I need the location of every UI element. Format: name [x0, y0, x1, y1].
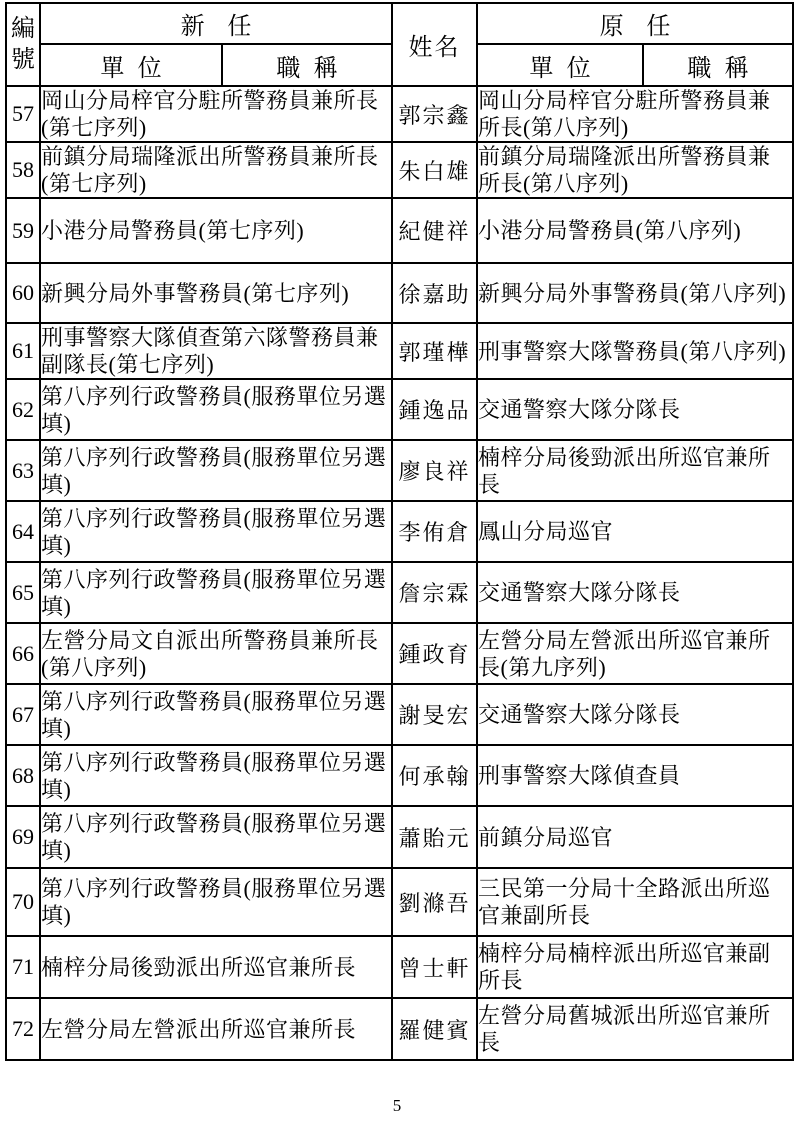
person-name: 郭瑾樺 — [392, 323, 477, 379]
table-header: 編號 新任 姓名 原任 單位 職稱 單位 職稱 — [6, 3, 793, 86]
row-number: 70 — [6, 868, 40, 936]
original-assignment: 左營分局舊城派出所巡官兼所長 — [477, 998, 793, 1060]
new-assignment: 楠梓分局後勁派出所巡官兼所長 — [40, 936, 392, 998]
original-assignment: 岡山分局梓官分駐所警務員兼所長(第八序列) — [477, 86, 793, 142]
row-number: 65 — [6, 562, 40, 623]
original-assignment: 交通警察大隊分隊長 — [477, 562, 793, 623]
row-number: 61 — [6, 323, 40, 379]
header-new-unit: 單位 — [40, 44, 222, 86]
row-number: 72 — [6, 998, 40, 1060]
table-row: 63 第八序列行政警務員(服務單位另選填) 廖良祥 楠梓分局後勁派出所巡官兼所長 — [6, 440, 793, 501]
original-assignment: 楠梓分局楠梓派出所巡官兼副所長 — [477, 936, 793, 998]
new-assignment: 第八序列行政警務員(服務單位另選填) — [40, 868, 392, 936]
row-number: 67 — [6, 684, 40, 745]
original-assignment: 刑事警察大隊偵查員 — [477, 745, 793, 806]
original-assignment: 小港分局警務員(第八序列) — [477, 198, 793, 263]
new-assignment: 第八序列行政警務員(服務單位另選填) — [40, 501, 392, 562]
header-new-title: 職稱 — [222, 44, 392, 86]
person-name: 李侑倉 — [392, 501, 477, 562]
person-name: 何承翰 — [392, 745, 477, 806]
table-row: 57 岡山分局梓官分駐所警務員兼所長(第七序列) 郭宗鑫 岡山分局梓官分駐所警務… — [6, 86, 793, 142]
new-assignment: 岡山分局梓官分駐所警務員兼所長(第七序列) — [40, 86, 392, 142]
table-row: 66 左營分局文自派出所警務員兼所長(第八序列) 鍾政育 左營分局左營派出所巡官… — [6, 623, 793, 684]
new-assignment: 第八序列行政警務員(服務單位另選填) — [40, 562, 392, 623]
original-assignment: 三民第一分局十全路派出所巡官兼副所長 — [477, 868, 793, 936]
original-assignment: 新興分局外事警務員(第八序列) — [477, 263, 793, 323]
row-number: 63 — [6, 440, 40, 501]
personnel-table: 編號 新任 姓名 原任 單位 職稱 單位 職稱 57 岡山分局梓官分駐所警務員兼… — [5, 2, 794, 1061]
table-row: 60 新興分局外事警務員(第七序列) 徐嘉助 新興分局外事警務員(第八序列) — [6, 263, 793, 323]
row-number: 71 — [6, 936, 40, 998]
new-assignment: 第八序列行政警務員(服務單位另選填) — [40, 806, 392, 868]
person-name: 蕭貽元 — [392, 806, 477, 868]
table-row: 64 第八序列行政警務員(服務單位另選填) 李侑倉 鳳山分局巡官 — [6, 501, 793, 562]
table-row: 70 第八序列行政警務員(服務單位另選填) 劉滌吾 三民第一分局十全路派出所巡官… — [6, 868, 793, 936]
original-assignment: 交通警察大隊分隊長 — [477, 684, 793, 745]
row-number: 66 — [6, 623, 40, 684]
header-name: 姓名 — [392, 3, 477, 86]
person-name: 鍾逸品 — [392, 379, 477, 440]
row-number: 62 — [6, 379, 40, 440]
original-assignment: 刑事警察大隊警務員(第八序列) — [477, 323, 793, 379]
table-row: 59 小港分局警務員(第七序列) 紀健祥 小港分局警務員(第八序列) — [6, 198, 793, 263]
new-assignment: 第八序列行政警務員(服務單位另選填) — [40, 379, 392, 440]
table-row: 69 第八序列行政警務員(服務單位另選填) 蕭貽元 前鎮分局巡官 — [6, 806, 793, 868]
original-assignment: 左營分局左營派出所巡官兼所長(第九序列) — [477, 623, 793, 684]
header-number: 編號 — [6, 3, 40, 86]
new-assignment: 小港分局警務員(第七序列) — [40, 198, 392, 263]
row-number: 60 — [6, 263, 40, 323]
table-row: 61 刑事警察大隊偵查第六隊警務員兼副隊長(第七序列) 郭瑾樺 刑事警察大隊警務… — [6, 323, 793, 379]
new-assignment: 刑事警察大隊偵查第六隊警務員兼副隊長(第七序列) — [40, 323, 392, 379]
person-name: 羅健賓 — [392, 998, 477, 1060]
original-assignment: 交通警察大隊分隊長 — [477, 379, 793, 440]
header-original-appointment: 原任 — [477, 3, 793, 44]
person-name: 詹宗霖 — [392, 562, 477, 623]
person-name: 廖良祥 — [392, 440, 477, 501]
person-name: 鍾政育 — [392, 623, 477, 684]
person-name: 朱白雄 — [392, 142, 477, 198]
person-name: 紀健祥 — [392, 198, 477, 263]
original-assignment: 前鎮分局瑞隆派出所警務員兼所長(第八序列) — [477, 142, 793, 198]
table-row: 67 第八序列行政警務員(服務單位另選填) 謝旻宏 交通警察大隊分隊長 — [6, 684, 793, 745]
new-assignment: 新興分局外事警務員(第七序列) — [40, 263, 392, 323]
new-assignment: 左營分局左營派出所巡官兼所長 — [40, 998, 392, 1060]
header-original-unit: 單位 — [477, 44, 643, 86]
table-row: 68 第八序列行政警務員(服務單位另選填) 何承翰 刑事警察大隊偵查員 — [6, 745, 793, 806]
new-assignment: 左營分局文自派出所警務員兼所長(第八序列) — [40, 623, 392, 684]
table-body: 57 岡山分局梓官分駐所警務員兼所長(第七序列) 郭宗鑫 岡山分局梓官分駐所警務… — [6, 86, 793, 1060]
new-assignment: 第八序列行政警務員(服務單位另選填) — [40, 440, 392, 501]
table-row: 62 第八序列行政警務員(服務單位另選填) 鍾逸品 交通警察大隊分隊長 — [6, 379, 793, 440]
row-number: 57 — [6, 86, 40, 142]
person-name: 郭宗鑫 — [392, 86, 477, 142]
table-row: 65 第八序列行政警務員(服務單位另選填) 詹宗霖 交通警察大隊分隊長 — [6, 562, 793, 623]
original-assignment: 楠梓分局後勁派出所巡官兼所長 — [477, 440, 793, 501]
person-name: 曾士軒 — [392, 936, 477, 998]
new-assignment: 第八序列行政警務員(服務單位另選填) — [40, 684, 392, 745]
table-row: 58 前鎮分局瑞隆派出所警務員兼所長(第七序列) 朱白雄 前鎮分局瑞隆派出所警務… — [6, 142, 793, 198]
row-number: 58 — [6, 142, 40, 198]
new-assignment: 第八序列行政警務員(服務單位另選填) — [40, 745, 392, 806]
row-number: 59 — [6, 198, 40, 263]
person-name: 劉滌吾 — [392, 868, 477, 936]
original-assignment: 前鎮分局巡官 — [477, 806, 793, 868]
row-number: 64 — [6, 501, 40, 562]
row-number: 68 — [6, 745, 40, 806]
page-number: 5 — [0, 1096, 794, 1116]
person-name: 徐嘉助 — [392, 263, 477, 323]
row-number: 69 — [6, 806, 40, 868]
original-assignment: 鳳山分局巡官 — [477, 501, 793, 562]
person-name: 謝旻宏 — [392, 684, 477, 745]
document-page: 編號 新任 姓名 原任 單位 職稱 單位 職稱 57 岡山分局梓官分駐所警務員兼… — [0, 0, 794, 1125]
header-new-appointment: 新任 — [40, 3, 392, 44]
table-row: 72 左營分局左營派出所巡官兼所長 羅健賓 左營分局舊城派出所巡官兼所長 — [6, 998, 793, 1060]
table-row: 71 楠梓分局後勁派出所巡官兼所長 曾士軒 楠梓分局楠梓派出所巡官兼副所長 — [6, 936, 793, 998]
header-original-title: 職稱 — [643, 44, 793, 86]
new-assignment: 前鎮分局瑞隆派出所警務員兼所長(第七序列) — [40, 142, 392, 198]
